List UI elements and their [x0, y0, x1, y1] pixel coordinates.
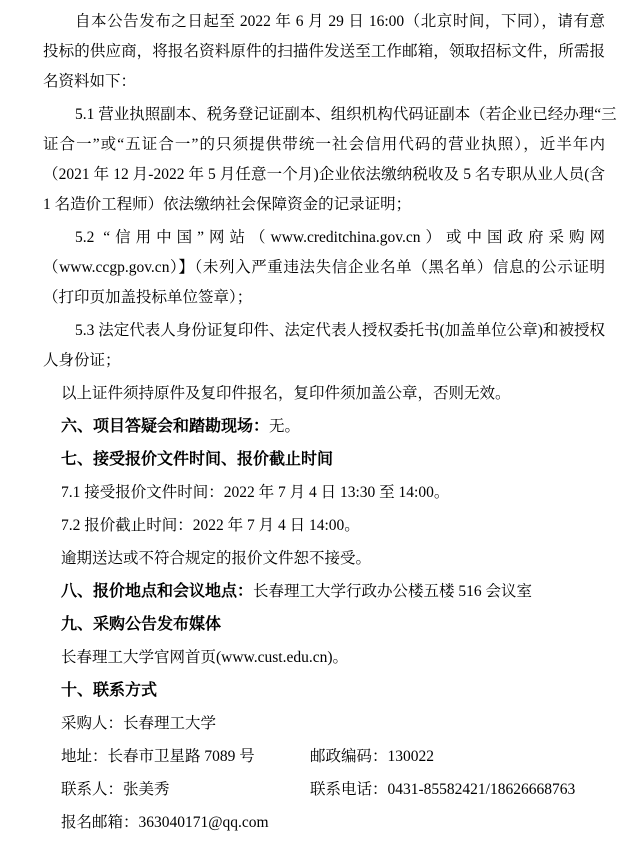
document-page: 自本公告发布之日起至 2022 年 6 月 29 日 16:00（北京时间，下同…: [0, 0, 641, 850]
text-segment: 5.1 营业执照副本、税务登记证副本、组织机构代码证副本（若企业已经办理“三: [75, 106, 617, 123]
text-line: （www.ccgp.gov.cn）】（未列入严重违法失信企业名单（黑名单）信息的…: [43, 253, 605, 283]
paragraph: 报名邮箱：363040171@qq.com: [43, 808, 605, 838]
text-line: 名资料如下：: [43, 67, 605, 97]
paragraph: 逾期送达或不符合规定的报价文件恕不接受。: [43, 544, 605, 574]
text-segment: （www.ccgp.gov.cn）】（未列入严重违法失信企业名单（黑名单）信息的…: [43, 259, 605, 276]
section-heading: 九、采购公告发布媒体: [43, 610, 605, 640]
text-line: 5.3 法定代表人身份证复印件、法定代表人授权委托书(加盖单位公章)和被授权: [43, 316, 605, 346]
paragraph: 长春理工大学官网首页(www.cust.edu.cn)。: [43, 643, 605, 673]
text-line: 证合一”或“五证合一”的只须提供带统一社会信用代码的营业执照），近半年内: [43, 130, 605, 160]
text-segment: 1 名造价工程师）依法缴纳社会保障资金的记录证明；: [43, 196, 411, 213]
paragraph: 7.1 接受报价文件时间：2022 年 7 月 4 日 13:30 至 14:0…: [43, 478, 605, 508]
paragraph: 自本公告发布之日起至 2022 年 6 月 29 日 16:00（北京时间，下同…: [43, 7, 605, 97]
text-segment: 人身份证；: [43, 352, 121, 369]
text-line: 人身份证；: [43, 346, 605, 376]
text-line: 长春理工大学官网首页(www.cust.edu.cn)。: [43, 643, 605, 673]
text-line: 报名邮箱：363040171@qq.com: [43, 808, 605, 838]
text-segment: 采购人：长春理工大学: [61, 715, 216, 732]
paragraph: 以上证件须持原件及复印件报名，复印件须加盖公章，否则无效。: [43, 379, 605, 409]
text-segment: 无。: [269, 418, 300, 435]
section-heading: 七、接受报价文件时间、报价截止时间: [43, 445, 605, 475]
text-segment: 7.2 报价截止时间：2022 年 7 月 4 日 14:00。: [61, 517, 360, 534]
paragraph: 5.3 法定代表人身份证复印件、法定代表人授权委托书(加盖单位公章)和被授权人身…: [43, 316, 605, 376]
text-line: 投标的供应商，将报名资料原件的扫描件发送至工作邮箱，领取招标文件，所需报: [43, 37, 605, 67]
text-segment: 长春理工大学官网首页(www.cust.edu.cn)。: [61, 649, 348, 666]
text-line: （打印页加盖投标单位签章）；: [43, 283, 605, 313]
text-segment: （打印页加盖投标单位签章）；: [43, 289, 252, 306]
text-line: 自本公告发布之日起至 2022 年 6 月 29 日 16:00（北京时间，下同…: [43, 7, 605, 37]
text-segment: 邮政编码：130022: [310, 748, 434, 765]
contact-col-left: 联系人：张美秀: [61, 775, 310, 805]
paragraph: 5.2 “信用中国”网站（www.creditchina.gov.cn）或中国政…: [43, 223, 605, 313]
section-heading: 十、联系方式: [43, 676, 605, 706]
text-line: （2021 年 12 月-2022 年 5 月任意一个月)企业依法缴纳税收及 5…: [43, 160, 605, 190]
text-segment: 联系电话：0431-85582421/18626668763: [310, 781, 575, 798]
text-line: 7.1 接受报价文件时间：2022 年 7 月 4 日 13:30 至 14:0…: [43, 478, 605, 508]
text-line: 六、项目答疑会和踏勘现场：无。: [43, 412, 605, 442]
text-segment: 联系人：张美秀: [61, 781, 170, 798]
text-segment: 报名邮箱：363040171@qq.com: [61, 814, 269, 831]
text-line: 5.1 营业执照副本、税务登记证副本、组织机构代码证副本（若企业已经办理“三: [43, 100, 605, 130]
text-segment: 7.1 接受报价文件时间：2022 年 7 月 4 日 13:30 至 14:0…: [61, 484, 449, 501]
bold-text: 六、项目答疑会和踏勘现场：: [61, 418, 269, 435]
text-segment: 5.3 法定代表人身份证复印件、法定代表人授权委托书(加盖单位公章)和被授权: [75, 322, 605, 339]
text-segment: 投标的供应商，将报名资料原件的扫描件发送至工作邮箱，领取招标文件，所需报: [43, 43, 605, 60]
bold-text: 九、采购公告发布媒体: [61, 616, 221, 633]
text-line: 采购人：长春理工大学: [43, 709, 605, 739]
section-heading: 八、报价地点和会议地点：长春理工大学行政办公楼五楼 516 会议室: [43, 577, 605, 607]
text-segment: （2021 年 12 月-2022 年 5 月任意一个月)企业依法缴纳税收及 5…: [43, 166, 605, 183]
contact-col-right: 邮政编码：130022: [310, 748, 434, 765]
text-line: 5.2 “信用中国”网站（www.creditchina.gov.cn）或中国政…: [43, 223, 605, 253]
text-segment: 自本公告发布之日起至 2022 年 6 月 29 日 16:00（北京时间，下同…: [75, 13, 605, 30]
bold-text: 十、联系方式: [61, 682, 157, 699]
section-heading: 六、项目答疑会和踏勘现场：无。: [43, 412, 605, 442]
text-line: 7.2 报价截止时间：2022 年 7 月 4 日 14:00。: [43, 511, 605, 541]
text-line: 十、联系方式: [43, 676, 605, 706]
text-line: 九、采购公告发布媒体: [43, 610, 605, 640]
text-line: 逾期送达或不符合规定的报价文件恕不接受。: [43, 544, 605, 574]
text-segment: 地址：长春市卫星路 7089 号: [61, 748, 255, 765]
text-segment: 长春理工大学行政办公楼五楼 516 会议室: [253, 583, 532, 600]
contact-col-right: 联系电话：0431-85582421/18626668763: [310, 781, 575, 798]
bold-text: 七、接受报价文件时间、报价截止时间: [61, 451, 333, 468]
text-segment: 证合一”或“五证合一”的只须提供带统一社会信用代码的营业执照），近半年内: [43, 136, 605, 153]
contact-col-left: 地址：长春市卫星路 7089 号: [61, 742, 310, 772]
paragraph: 7.2 报价截止时间：2022 年 7 月 4 日 14:00。: [43, 511, 605, 541]
text-segment: 逾期送达或不符合规定的报价文件恕不接受。: [61, 550, 371, 567]
contact-row: 联系人：张美秀联系电话：0431-85582421/18626668763: [43, 775, 605, 805]
text-segment: 以上证件须持原件及复印件报名，复印件须加盖公章，否则无效。: [61, 385, 511, 402]
text-line: 1 名造价工程师）依法缴纳社会保障资金的记录证明；: [43, 190, 605, 220]
paragraph: 采购人：长春理工大学: [43, 709, 605, 739]
bold-text: 八、报价地点和会议地点：: [61, 583, 253, 600]
text-segment: 名资料如下：: [43, 73, 136, 90]
text-line: 以上证件须持原件及复印件报名，复印件须加盖公章，否则无效。: [43, 379, 605, 409]
text-segment: 5.2 “信用中国”网站（www.creditchina.gov.cn）或中国政…: [75, 229, 605, 246]
text-line: 七、接受报价文件时间、报价截止时间: [43, 445, 605, 475]
contact-row: 地址：长春市卫星路 7089 号邮政编码：130022: [43, 742, 605, 772]
text-line: 八、报价地点和会议地点：长春理工大学行政办公楼五楼 516 会议室: [43, 577, 605, 607]
paragraph: 5.1 营业执照副本、税务登记证副本、组织机构代码证副本（若企业已经办理“三证合…: [43, 100, 605, 220]
